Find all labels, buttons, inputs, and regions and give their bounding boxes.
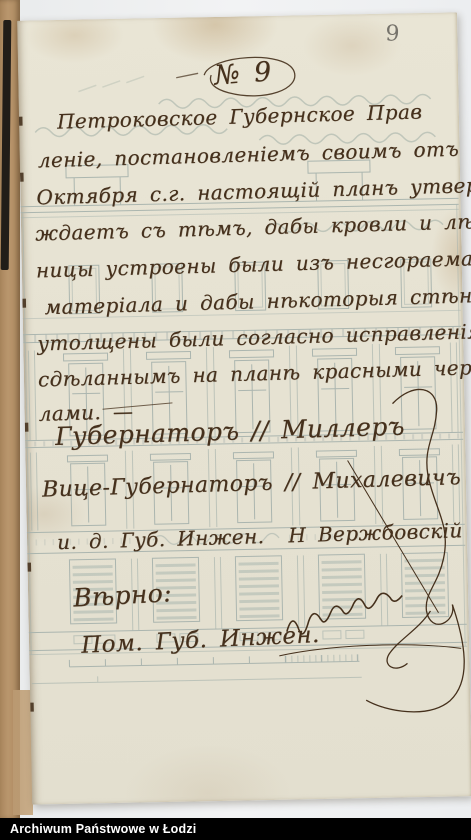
assistant-engineer-signature [278, 592, 461, 656]
signature-flourish-loop [346, 389, 465, 713]
archive-watermark-bar: Archiwum Państwowe w Łodzi [0, 818, 471, 840]
number-flourish-oval [204, 57, 295, 97]
paper-page: 9 № 9 Петроковское Губернское Прав леніе… [17, 12, 471, 804]
archive-watermark-text: Archiwum Państwowe w Łodzi [10, 822, 196, 836]
ink-flourishes [17, 12, 471, 804]
binding-stitches [19, 117, 34, 712]
archival-photo-backdrop: 9 № 9 Петроковское Губернское Прав леніе… [0, 0, 471, 840]
